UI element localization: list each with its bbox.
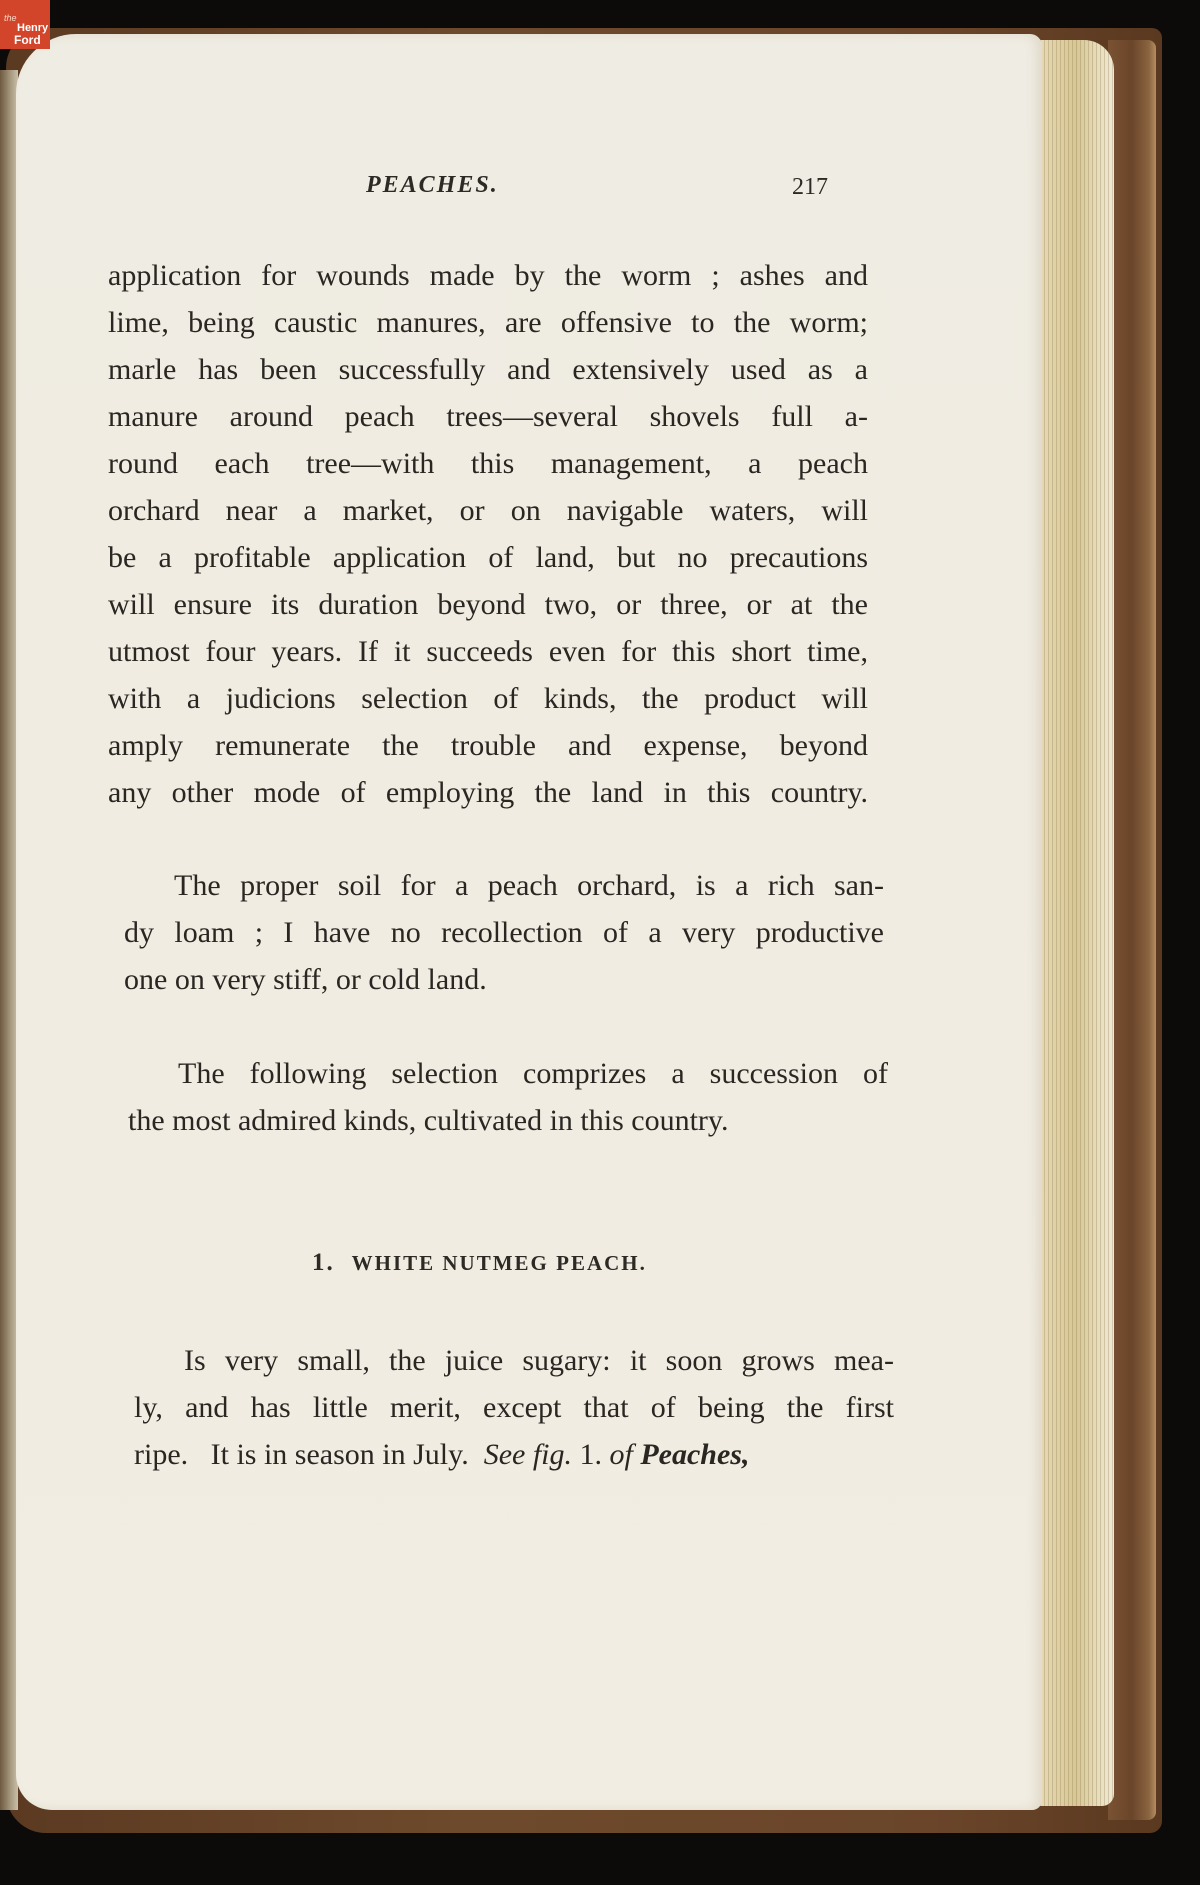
running-head: PEACHES. 217 — [0, 172, 1200, 202]
running-title: PEACHES. — [366, 172, 499, 199]
text-line: application for wounds made by the worm … — [108, 252, 868, 299]
section-number: 1. — [312, 1249, 335, 1276]
figure-number: 1. — [580, 1438, 603, 1471]
book-spine-edge — [1108, 40, 1156, 1820]
section-title: WHITE NUTMEG PEACH. — [352, 1251, 647, 1275]
henry-ford-logo: the Henry Ford — [0, 0, 50, 49]
text-line: the most admired kinds, cultivated in th… — [128, 1097, 888, 1144]
paragraph-1: application for wounds made by the worm … — [108, 252, 868, 816]
plate-reference: Peaches, — [640, 1438, 749, 1471]
background-shadow — [0, 1840, 1200, 1885]
text-line: round each tree—with this management, a … — [108, 440, 868, 487]
paragraph-2: The proper soil for a peach orchard, is … — [124, 862, 884, 1003]
text-line: orchard near a market, or on navigable w… — [108, 487, 868, 534]
text-fragment: of — [610, 1438, 633, 1471]
text-line: with a judicions selection of kinds, the… — [108, 675, 868, 722]
text-line: any other mode of employing the land in … — [108, 769, 868, 816]
text-line: The proper soil for a peach orchard, is … — [124, 862, 884, 909]
text-line: marle has been successfully and extensiv… — [108, 346, 868, 393]
text-line: manure around peach trees—several shovel… — [108, 393, 868, 440]
text-line: will ensure its duration beyond two, or … — [108, 581, 868, 628]
text-line: lime, being caustic manures, are offensi… — [108, 299, 868, 346]
text-line: Is very small, the juice sugary: it soon… — [134, 1337, 894, 1384]
text-line: utmost four years. If it succeeds even f… — [108, 628, 868, 675]
text-line-final: ripe. It is in season in July. See fig. … — [134, 1431, 894, 1478]
text-line: dy loam ; I have no recollection of a ve… — [124, 909, 884, 956]
text-line: amply remunerate the trouble and expense… — [108, 722, 868, 769]
entry-paragraph: Is very small, the juice sugary: it soon… — [134, 1337, 894, 1478]
text-fragment: ripe. It is in season in July. — [134, 1438, 469, 1471]
logo-ford: Ford — [14, 34, 41, 46]
text-line: be a profitable application of land, but… — [108, 534, 868, 581]
section-heading: 1. WHITE NUTMEG PEACH. — [312, 1249, 647, 1277]
text-line: one on very stiff, or cold land. — [124, 956, 884, 1003]
page-number: 217 — [792, 174, 828, 201]
figure-reference: See fig. — [484, 1438, 572, 1471]
paragraph-3: The following selection comprizes a succ… — [128, 1050, 888, 1144]
logo-the: the — [4, 14, 17, 23]
text-line: ly, and has little merit, except that of… — [134, 1384, 894, 1431]
text-line: The following selection comprizes a succ… — [128, 1050, 888, 1097]
